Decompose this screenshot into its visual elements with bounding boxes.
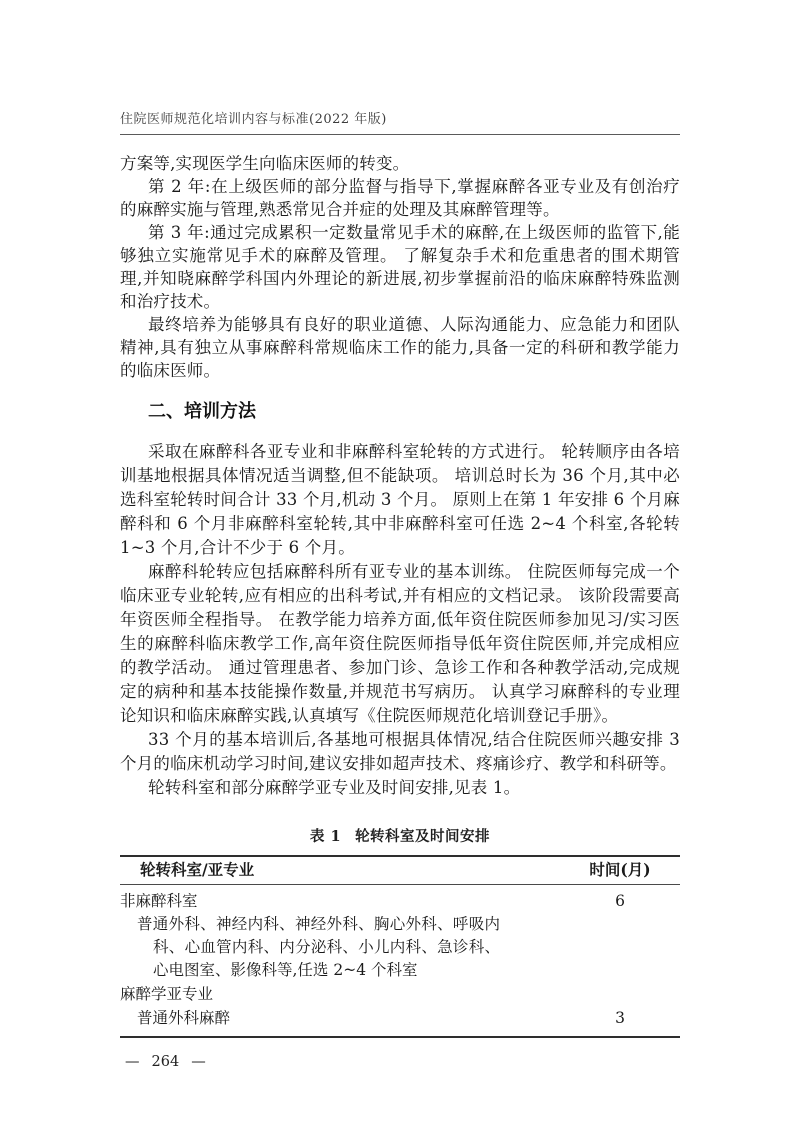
row-label: 非麻醉科室 (120, 889, 560, 913)
row-label: 麻醉学亚专业 (120, 982, 560, 1006)
paragraph-8: 轮转科室和部分麻醉学亚专业及时间安排,见表 1。 (120, 776, 680, 800)
row-time: 3 (560, 1006, 680, 1030)
row-label: 普通外科麻醉 (120, 1006, 560, 1030)
footer-page-number: — 264 — (120, 1054, 680, 1070)
paragraph-5: 采取在麻醉科各亚专业和非麻醉科室轮转的方式进行。 轮转顺序由各培训基地根据具体情… (120, 440, 680, 560)
row-label: 普通外科、神经内科、神经外科、胸心外科、呼吸内科、心血管内科、内分泌科、小儿内科… (120, 913, 560, 982)
paragraph-2: 第 2 年:在上级医师的部分监督与指导下,掌握麻醉各亚专业及有创治疗的麻醉实施与… (120, 175, 680, 221)
paragraph-3: 第 3 年:通过完成累积一定数量常见手术的麻醉,在上级医师的监管下,能够独立实施… (120, 221, 680, 313)
table-header-row: 轮转科室/亚专业 时间(月) (120, 857, 680, 885)
table-row: 普通外科、神经内科、神经外科、胸心外科、呼吸内科、心血管内科、内分泌科、小儿内科… (120, 913, 680, 982)
paragraph-7: 33 个月的基本培训后,各基地可根据具体情况,结合住院医师兴趣安排 3 个月的临… (120, 728, 680, 776)
paragraph-1: 方案等,实现医学生向临床医师的转变。 (120, 152, 680, 175)
footer-number: 264 (152, 1054, 180, 1070)
table-caption-title: 轮转科室及时间安排 (355, 828, 490, 845)
table-row: 非麻醉科室 6 (120, 889, 680, 913)
table-row: 麻醉学亚专业 (120, 982, 680, 1006)
footer-dash-left: — (125, 1054, 140, 1070)
table-header-department: 轮转科室/亚专业 (120, 861, 560, 879)
page-content: 住院医师规范化培训内容与标准(2022 年版) 方案等,实现医学生向临床医师的转… (120, 0, 680, 1070)
table-caption: 表 1轮转科室及时间安排 (120, 825, 680, 846)
row-time: 6 (560, 889, 680, 913)
paragraph-6: 麻醉科轮转应包括麻醉科所有亚专业的基本训练。 住院医师每完成一个临床亚专业轮转,… (120, 560, 680, 728)
paragraph-4: 最终培养为能够具有良好的职业道德、人际沟通能力、应急能力和团队精神,具有独立从事… (120, 313, 680, 382)
training-methods-block: 采取在麻醉科各亚专业和非麻醉科室轮转的方式进行。 轮转顺序由各培训基地根据具体情… (120, 440, 680, 800)
table-caption-label: 表 1 (310, 828, 341, 845)
rotation-schedule-table: 轮转科室/亚专业 时间(月) 非麻醉科室 6 普通外科、神经内科、神经外科、胸心… (120, 855, 680, 1038)
table-body: 非麻醉科室 6 普通外科、神经内科、神经外科、胸心外科、呼吸内科、心血管内科、内… (120, 885, 680, 1036)
running-header: 住院医师规范化培训内容与标准(2022 年版) (120, 108, 680, 135)
table-header-time: 时间(月) (560, 861, 680, 879)
section-title-training-methods: 二、培训方法 (120, 397, 680, 423)
intro-block: 方案等,实现医学生向临床医师的转变。 第 2 年:在上级医师的部分监督与指导下,… (120, 152, 680, 382)
footer-dash-right: — (191, 1054, 206, 1070)
table-row: 普通外科麻醉 3 (120, 1006, 680, 1030)
